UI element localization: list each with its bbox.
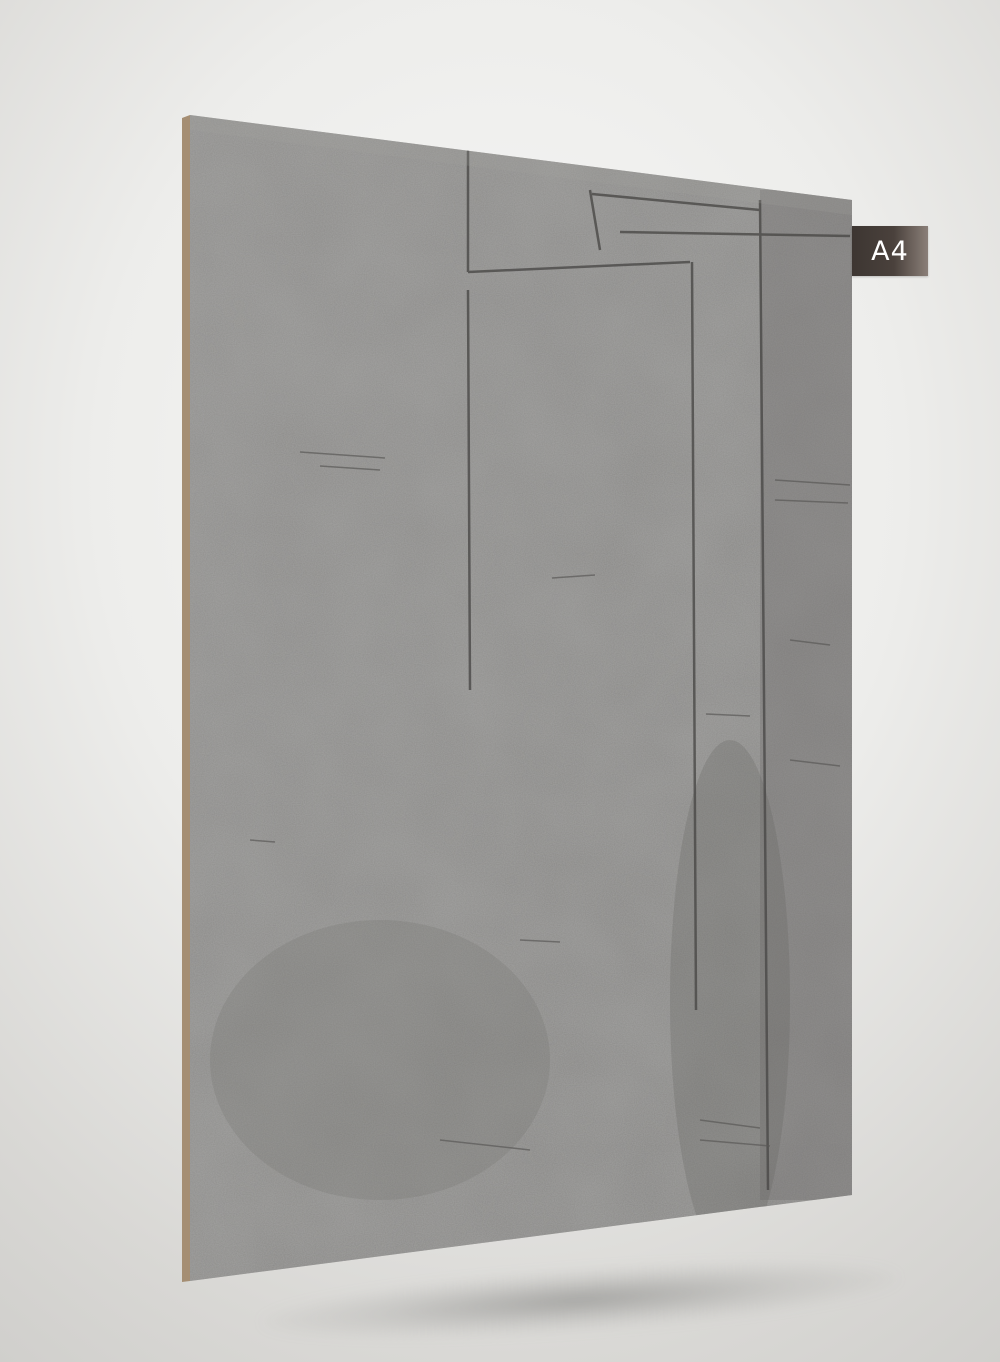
format-badge-label: A4	[871, 238, 909, 265]
product-scene: A4	[0, 0, 1000, 1362]
board-edge	[182, 115, 190, 1282]
format-badge: A4	[852, 226, 928, 276]
board-sample-image	[0, 0, 1000, 1362]
